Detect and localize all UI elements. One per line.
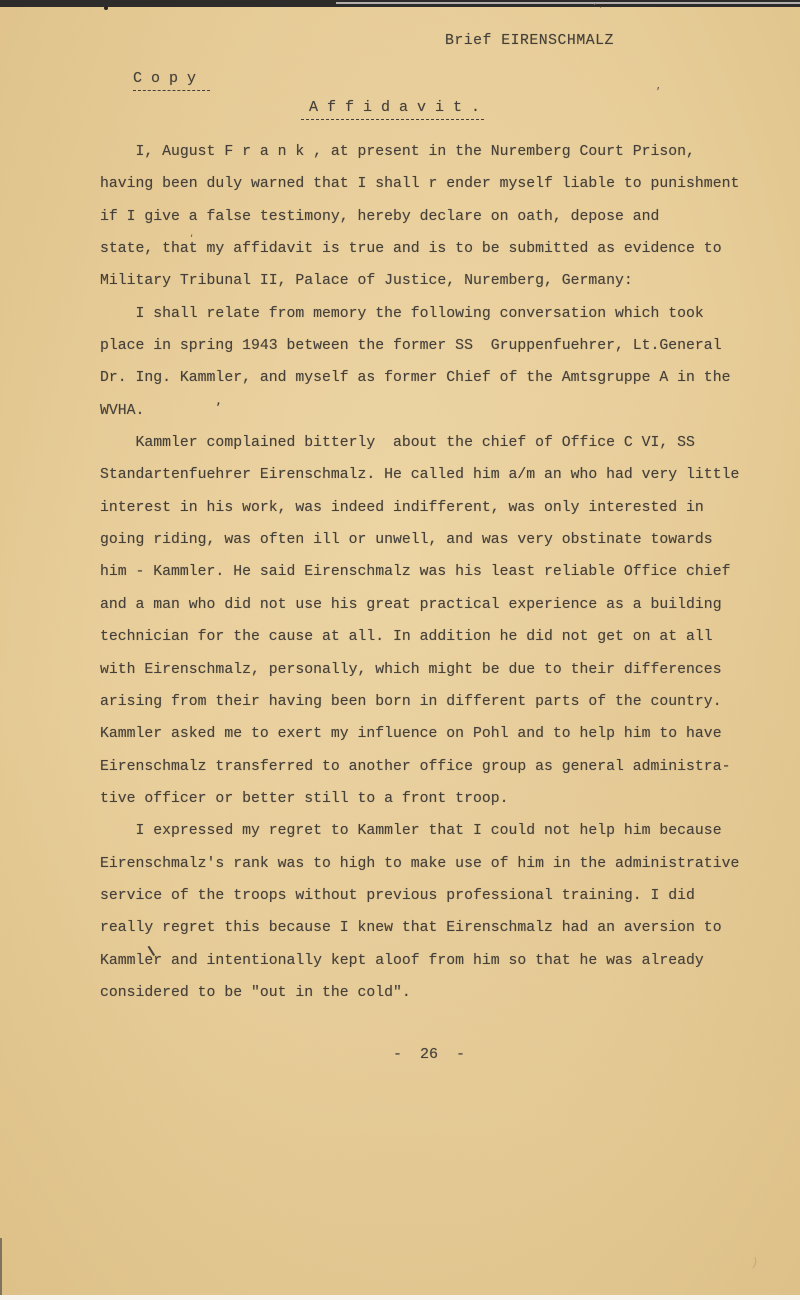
scan-edge-left xyxy=(0,1238,2,1295)
scan-edge-bottom xyxy=(0,1295,800,1300)
typed-line: I shall relate from memory the following… xyxy=(100,303,760,335)
copy-label: C o p y xyxy=(133,70,210,91)
typed-line: Eirenschmalz's rank was to high to make … xyxy=(100,853,760,885)
scanned-document-page: ´· ’ , , ) Brief EIRENSCHMALZ C o p y A … xyxy=(0,0,800,1300)
typed-line: having been duly warned that I shall r e… xyxy=(100,173,760,205)
typed-line: interest in his work, was indeed indiffe… xyxy=(100,497,760,529)
typed-line: place in spring 1943 between the former … xyxy=(100,335,760,367)
page-number: - 26 - xyxy=(105,1046,753,1063)
typed-line: I expressed my regret to Kammler that I … xyxy=(100,820,760,852)
typed-line: considered to be "out in the cold". xyxy=(100,982,760,1014)
typed-line: him - Kammler. He said Eirenschmalz was … xyxy=(100,561,760,593)
ink-dot-mark xyxy=(104,6,108,10)
typed-line: Kammler and intentionally kept aloof fro… xyxy=(100,950,760,982)
typed-line: Military Tribunal II, Palace of Justice,… xyxy=(100,270,760,302)
scan-edge-top xyxy=(0,0,800,7)
typed-line: really regret this because I knew that E… xyxy=(100,917,760,949)
affidavit-title: A f f i d a v i t . xyxy=(301,99,484,120)
typed-line: Eirenschmalz transferred to another offi… xyxy=(100,756,760,788)
typed-line: going riding, was often ill or unwell, a… xyxy=(100,529,760,561)
typed-line: Dr. Ing. Kammler, and myself as former C… xyxy=(100,367,760,399)
header-reference: Brief EIRENSCHMALZ xyxy=(445,33,614,49)
document-body: I, August F r a n k , at present in the … xyxy=(100,141,760,1014)
typed-line: arising from their having been born in d… xyxy=(100,691,760,723)
typed-line: technician for the cause at all. In addi… xyxy=(100,626,760,658)
faint-squiggle-mark: ) xyxy=(750,1256,758,1272)
typed-line: Kammler asked me to exert my influence o… xyxy=(100,723,760,755)
scan-edge-highlight xyxy=(336,2,800,4)
pencil-mark: ´· xyxy=(592,3,604,14)
typed-line: I, August F r a n k , at present in the … xyxy=(100,141,760,173)
typed-line: Kammler complained bitterly about the ch… xyxy=(100,432,760,464)
stray-apostrophe-mark: ’ xyxy=(656,86,660,101)
typed-line: Standartenfuehrer Eirenschmalz. He calle… xyxy=(100,464,760,496)
typed-line: state, that my affidavit is true and is … xyxy=(100,238,760,270)
typed-line: if I give a false testimony, hereby decl… xyxy=(100,206,760,238)
typed-line: WVHA. xyxy=(100,400,760,432)
typed-line: tive officer or better still to a front … xyxy=(100,788,760,820)
typed-line: with Eirenschmalz, personally, which mig… xyxy=(100,659,760,691)
typed-line: service of the troops without previous p… xyxy=(100,885,760,917)
typed-line: and a man who did not use his great prac… xyxy=(100,594,760,626)
